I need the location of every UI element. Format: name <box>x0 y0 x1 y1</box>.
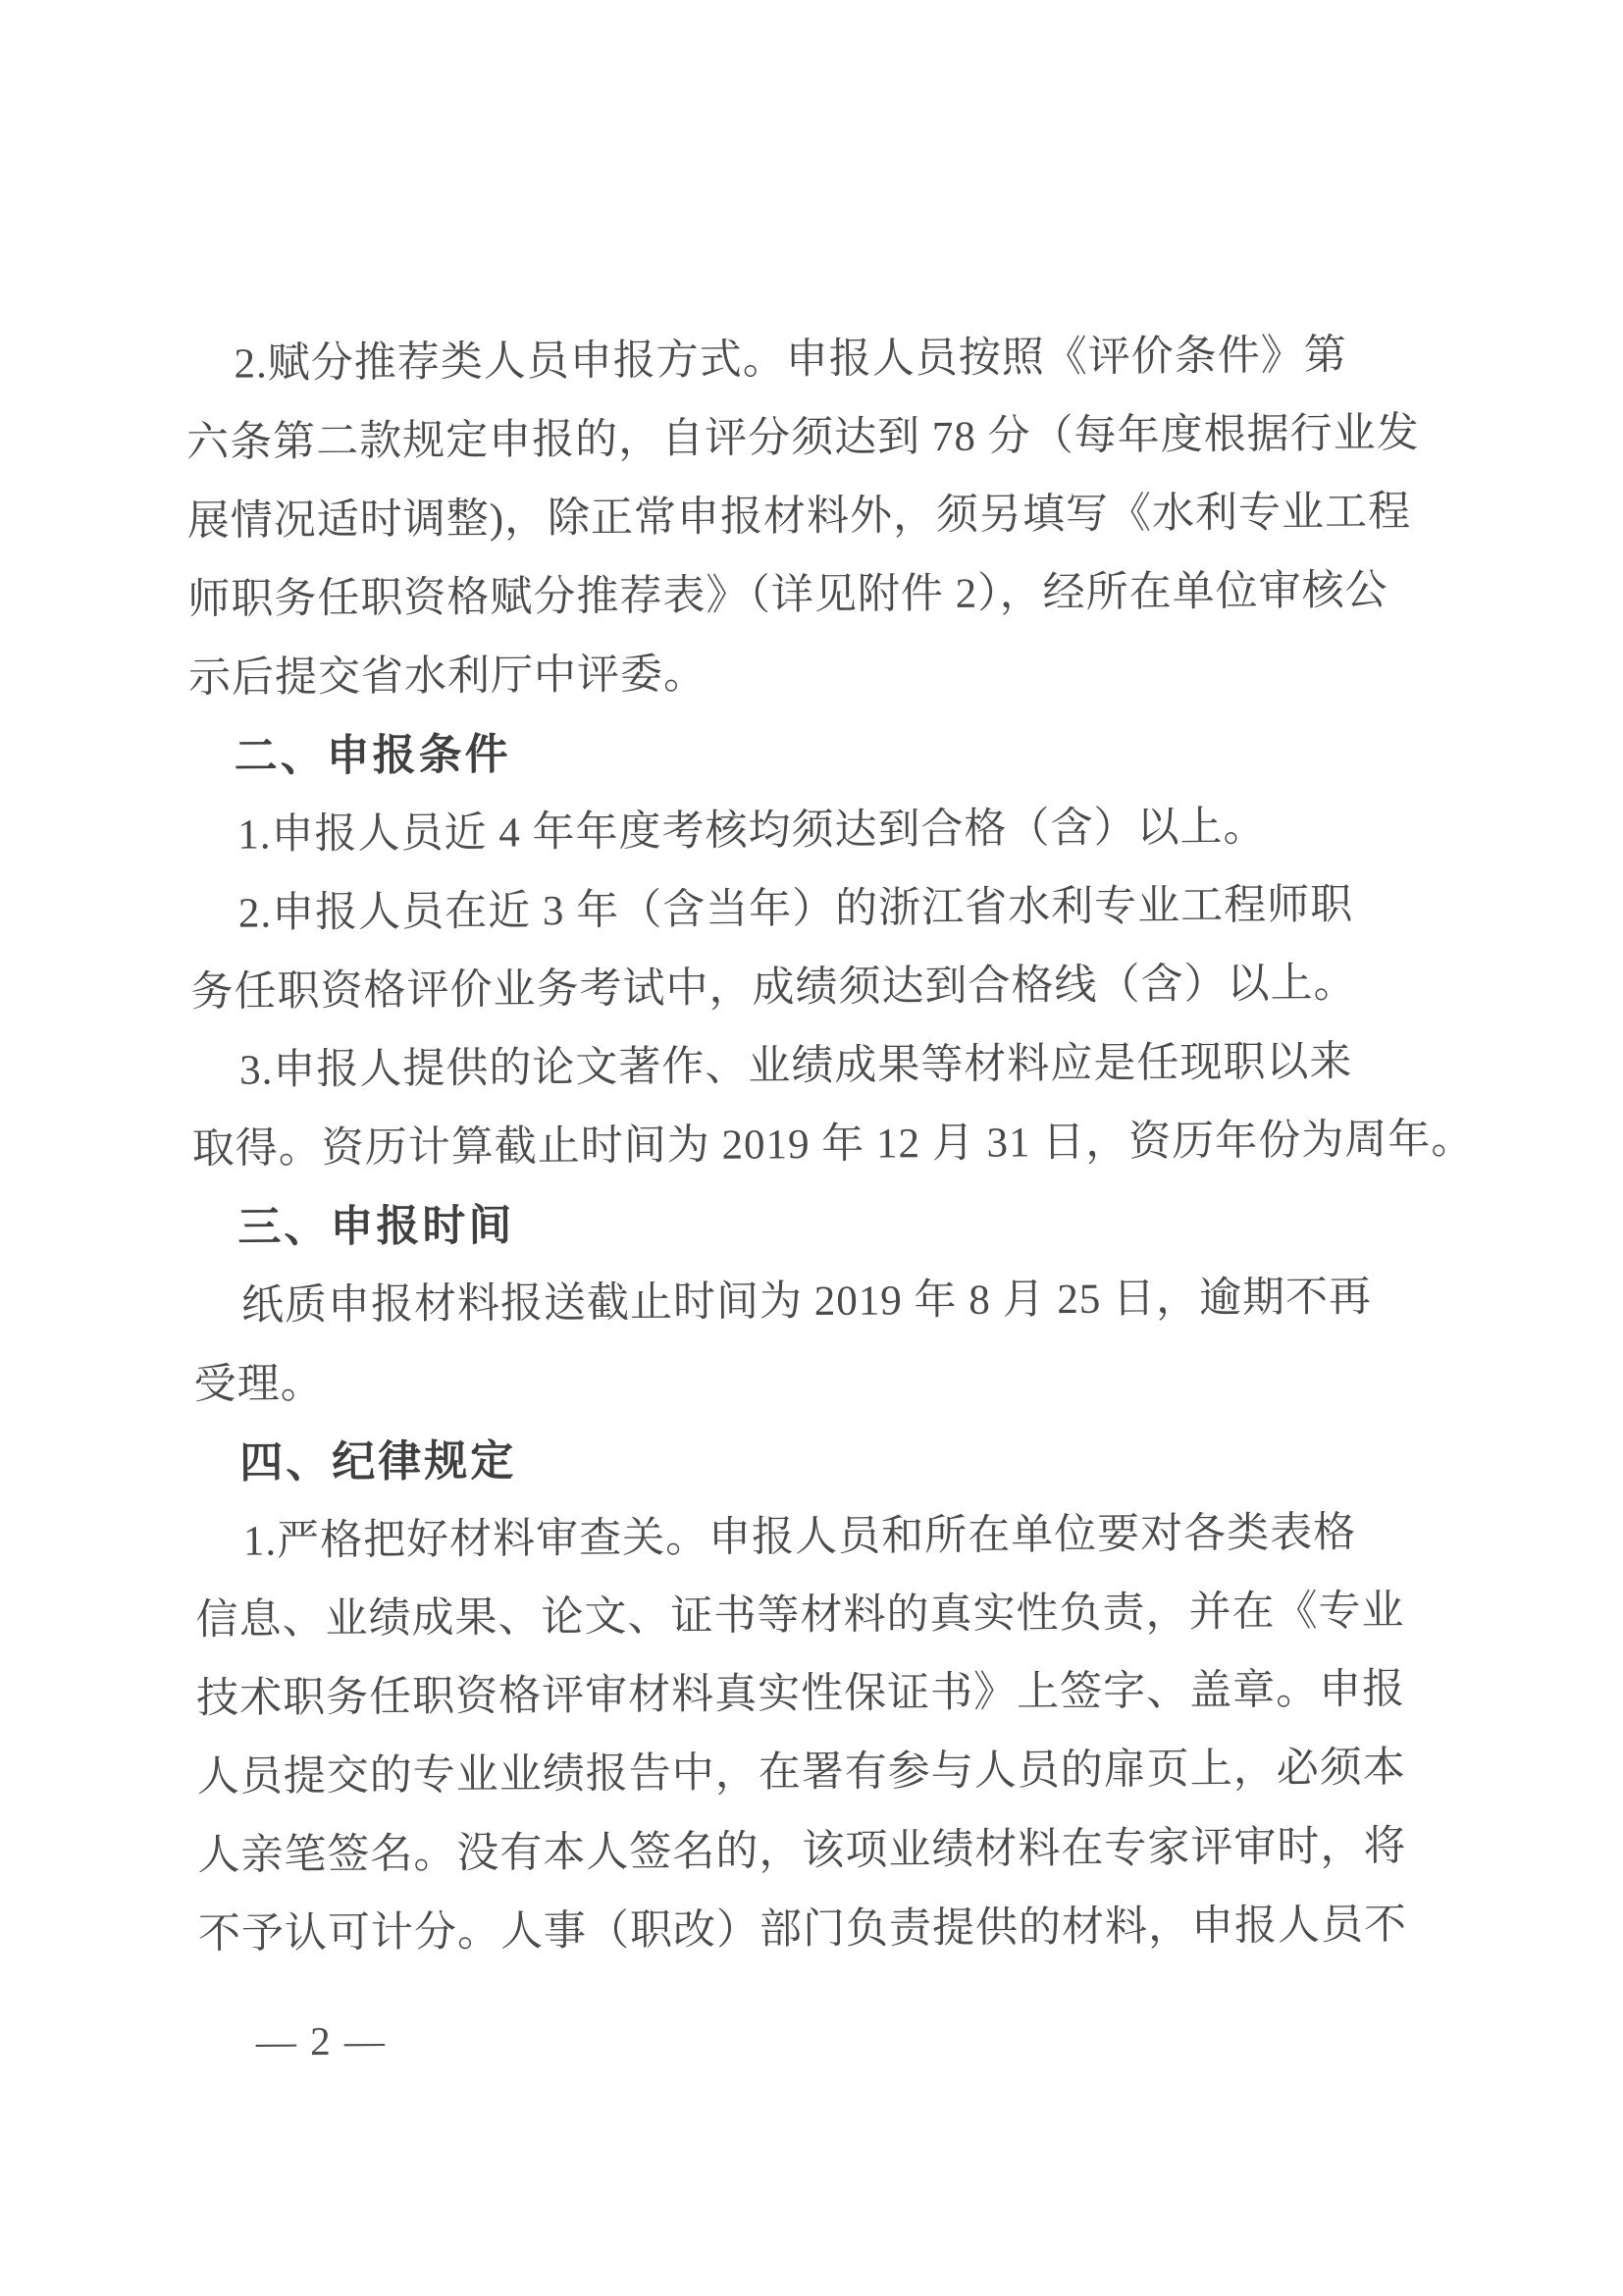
text-line: 取得。资历计算截止时间为 2019 年 12 月 31 日，资历年份为周年。 <box>191 1102 1335 1189</box>
section-heading-discipline-rules: 四、纪律规定 <box>194 1416 1337 1503</box>
document-page: 2.赋分推荐类人员申报方式。申报人员按照《评价条件》第 六条第二款规定申报的，自… <box>0 0 1623 2296</box>
text-line: 受理。 <box>193 1337 1336 1425</box>
text-line: 2.申报人员在近 3 年（含当年）的浙江省水利专业工程师职 <box>190 866 1334 954</box>
text-line: 3.申报人提供的论文著作、业绩成果等材料应是任现职以来 <box>191 1023 1335 1111</box>
text-line: 纸质申报材料报送截止时间为 2019 年 8 月 25 日，逾期不再 <box>193 1259 1336 1346</box>
text-line: 技术职务任职资格评审材料真实性保证书》上签字、盖章。申报 <box>196 1651 1339 1739</box>
text-line: 六条第二款规定申报的，自评分须达到 78 分（每年度根据行业发 <box>186 395 1330 483</box>
text-line: 信息、业绩成果、论文、证书等材料的真实性负责，并在《专业 <box>195 1573 1338 1660</box>
document-body: 2.赋分推荐类人员申报方式。申报人员按照《评价条件》第 六条第二款规定申报的，自… <box>185 317 1340 1974</box>
page-number: — 2 — <box>256 2007 388 2076</box>
text-line: 不予认可计分。人事（职改）部门负责提供的材料，申报人员不 <box>198 1887 1341 1974</box>
section-heading-application-conditions: 二、申报条件 <box>188 709 1332 797</box>
text-line: 2.赋分推荐类人员申报方式。申报人员按照《评价条件》第 <box>185 317 1329 404</box>
text-line: 人员提交的专业业绩报告中，在署有参与人员的扉页上，必须本 <box>196 1730 1339 1817</box>
text-line: 人亲笔签名。没有本人签名的，该项业绩材料在专家评审时，将 <box>197 1808 1340 1896</box>
text-line: 1.申报人员近 4 年年度考核均须达到合格（含）以上。 <box>189 788 1333 875</box>
text-line: 务任职资格评价业务考试中，成绩须达到合格线（含）以上。 <box>190 945 1334 1032</box>
text-line: 示后提交省水利厅中评委。 <box>188 631 1332 718</box>
text-line: 1.严格把好材料审查关。申报人员和所在单位要对各类表格 <box>195 1494 1338 1582</box>
text-line: 展情况适时调整)，除正常申报材料外，须另填写《水利专业工程 <box>186 474 1330 561</box>
section-heading-application-time: 三、申报时间 <box>192 1180 1335 1268</box>
text-line: 师职务任职资格赋分推荐表》（详见附件 2），经所在单位审核公 <box>187 552 1331 640</box>
scanned-content: 2.赋分推荐类人员申报方式。申报人员按照《评价条件》第 六条第二款规定申报的，自… <box>0 0 1623 2296</box>
